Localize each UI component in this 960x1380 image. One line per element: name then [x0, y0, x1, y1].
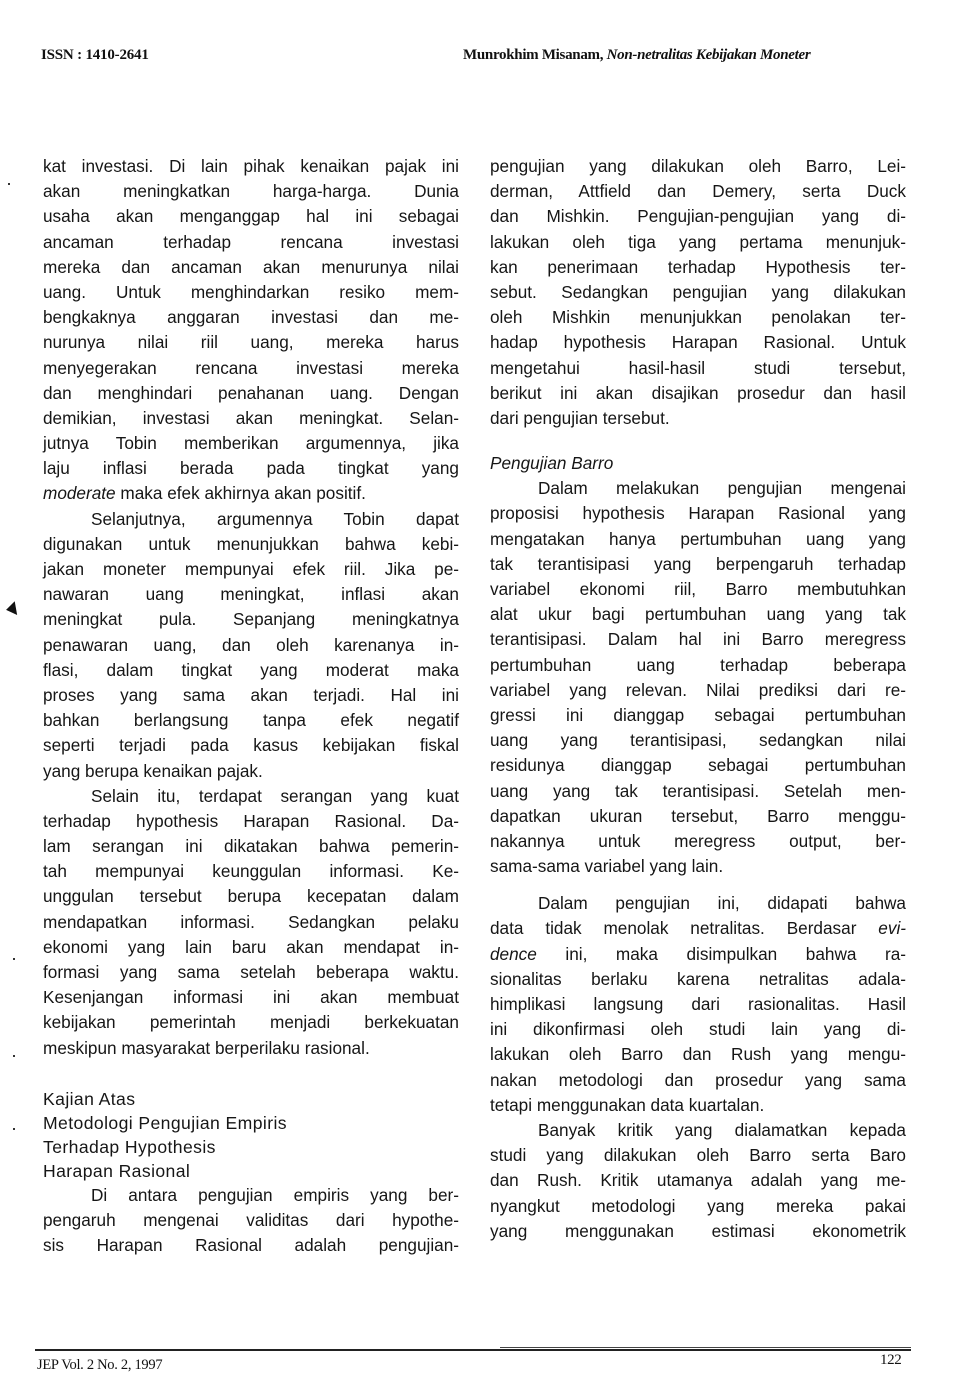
text-line: pengujian yang dilakukan oleh Barro, Lei…: [490, 154, 906, 179]
text-line: tetapi menggunakan data kuartalan.: [490, 1093, 906, 1118]
text-line: demikian, investasi akan meningkat. Sela…: [43, 406, 459, 431]
text-line: uang yang tak terantisipasi. Setelah men…: [490, 779, 906, 804]
paragraph-4: Banyak kritik yang dialamatkan kepada st…: [490, 1118, 906, 1244]
text-line: nakan metodologi dan prosedur yang sama: [490, 1068, 906, 1093]
text-line: formasi yang sama setelah beberapa waktu…: [43, 960, 459, 985]
text-line: terhadap hypothesis Harapan Rasional. Da…: [43, 809, 459, 834]
text-line: data tidak menolak netralitas. Berdasar …: [490, 916, 906, 941]
text-line: nurunya nilai riil uang, mereka harus: [43, 330, 459, 355]
text-line: Kesenjangan informasi ini akan membuat: [43, 985, 459, 1010]
text-line: Selain itu, terdapat serangan yang kuat: [43, 784, 459, 809]
text-line: derman, Attfield dan Demery, serta Duck: [490, 179, 906, 204]
text-line: akan meningkatkan harga-harga. Dunia: [43, 179, 459, 204]
section-title-line: Kajian Atas: [43, 1087, 459, 1111]
text-line: dence ini, maka disimpulkan bahwa ra-: [490, 942, 906, 967]
text-line: nyangkut metodologi yang mereka pakai: [490, 1194, 906, 1219]
paragraph-2: Dalam melakukan pengujian mengenai propo…: [490, 476, 906, 879]
text-line: variabel ekonomi riil, Barro membutuhkan: [490, 577, 906, 602]
text-line: pertumbuhan uang terhadap beberapa: [490, 653, 906, 678]
scan-speck: [8, 183, 10, 185]
text-line: Di antara pengujian empiris yang ber-: [43, 1183, 459, 1208]
text-line: variabel yang relevan. Nilai prediksi da…: [490, 678, 906, 703]
text-line: dan menghindari penahanan uang. Dengan: [43, 381, 459, 406]
text-line: studi yang dilakukan oleh Barro serta Ba…: [490, 1143, 906, 1168]
text-line: uang. Untuk menghindarkan resiko mem-: [43, 280, 459, 305]
text-line: oleh Mishkin menunjukkan penolakan ter-: [490, 305, 906, 330]
text-line: ancaman terhadap rencana investasi: [43, 230, 459, 255]
scan-speck: [13, 1055, 15, 1057]
text-line: lakukan oleh tiga yang pertama menunjuk-: [490, 230, 906, 255]
scan-speck: [13, 1128, 15, 1130]
text-line: nawaran uang meningkat, inflasi akan: [43, 582, 459, 607]
text-line: mendapatkan informasi. Sedangkan pelaku: [43, 910, 459, 935]
text-line: menyegerakan rencana investasi mereka: [43, 356, 459, 381]
text-line: nakannya untuk meregress output, ber-: [490, 829, 906, 854]
text-line: sebut. Sedangkan pengujian yang dilakuka…: [490, 280, 906, 305]
text-line: kat investasi. Di lain pihak kenaikan pa…: [43, 154, 459, 179]
italic-term: evi-: [878, 918, 906, 938]
text-line: usaha akan menganggap hal ini sebagai: [43, 204, 459, 229]
spacer: [490, 431, 906, 451]
section-title-line: Harapan Rasional: [43, 1159, 459, 1183]
section-heading: Kajian Atas Metodologi Pengujian Empiris…: [43, 1087, 459, 1183]
text-line: bahkan berlangsung tanpa efek negatif: [43, 708, 459, 733]
running-header: Munrokhim Misanam, Non-netralitas Kebija…: [463, 47, 810, 64]
text-line: mengatakan hanya pertumbuhan uang yang: [490, 527, 906, 552]
text-line: Banyak kritik yang dialamatkan kepada: [490, 1118, 906, 1143]
text-line: ini dikonfirmasi oleh studi lain yang di…: [490, 1017, 906, 1042]
subheading-pengujian-barro: Pengujian Barro: [490, 451, 906, 476]
text-line: sis Harapan Rasional adalah pengujian-: [43, 1233, 459, 1258]
text-line: penawaran uang, dan oleh karenanya in-: [43, 633, 459, 658]
text-line: sama-sama variabel yang lain.: [490, 854, 906, 879]
issn-header: ISSN : 1410-2641: [41, 47, 149, 64]
text-line: kebijakan pemerintah menjadi berkekuatan: [43, 1010, 459, 1035]
text-line: Selanjutnya, argumennya Tobin dapat: [43, 507, 459, 532]
paragraph-1: kat investasi. Di lain pihak kenaikan pa…: [43, 154, 459, 507]
text-line: pengaruh mengenai validitas dari hypothe…: [43, 1208, 459, 1233]
text-line: alat ukur bagi pertumbuhan uang yang tak: [490, 602, 906, 627]
text-line: laju inflasi berada pada tingkat yang: [43, 456, 459, 481]
text-line: sionalitas berlaku karena netralitas ada…: [490, 967, 906, 992]
right-column: pengujian yang dilakukan oleh Barro, Lei…: [490, 154, 906, 1244]
spacer: [43, 1061, 459, 1087]
text-line: digunakan untuk menunjukkan bahwa kebi-: [43, 532, 459, 557]
text-line: residunya dianggap sebagai pertumbuhan: [490, 753, 906, 778]
text-line: proposisi hypothesis Harapan Rasional ya…: [490, 501, 906, 526]
footer-rule: [35, 1349, 911, 1351]
scan-speck: [13, 958, 15, 960]
journal-citation: JEP Vol. 2 No. 2, 1997: [37, 1357, 162, 1374]
text-line: himplikasi langsung dari rasionalitas. H…: [490, 992, 906, 1017]
text-line: lam serangan ini dikatakan bahwa pemerin…: [43, 834, 459, 859]
text-line: gressi ini dianggap sebagai pertumbuhan: [490, 703, 906, 728]
text-line: mengetahui hasil-hasil studi tersebut,: [490, 356, 906, 381]
text-line: proses yang sama akan terjadi. Hal ini: [43, 683, 459, 708]
text-line: mereka dan ancaman akan menurunya nilai: [43, 255, 459, 280]
spacer: [490, 879, 906, 891]
text-line: Dalam pengujian ini, didapati bahwa: [490, 891, 906, 916]
text-line: dan Mishkin. Pengujian-pengujian yang di…: [490, 204, 906, 229]
text-line: yang menggunakan estimasi ekonometrik: [490, 1219, 906, 1244]
left-column: kat investasi. Di lain pihak kenaikan pa…: [43, 154, 459, 1258]
footer-rule-secondary: [500, 1347, 911, 1348]
author-name: Munrokhim Misanam,: [463, 47, 603, 63]
section-title-line: Terhadap Hypothesis: [43, 1135, 459, 1159]
paragraph-2: Selanjutnya, argumennya Tobin dapat digu…: [43, 507, 459, 784]
paragraph-4: Di antara pengujian empiris yang ber- pe…: [43, 1183, 459, 1259]
paragraph-3: Selain itu, terdapat serangan yang kuat …: [43, 784, 459, 1061]
section-title-line: Metodologi Pengujian Empiris: [43, 1111, 459, 1135]
text-line: ekonomi yang lain baru akan mendapat in-: [43, 935, 459, 960]
text-line: bengkaknya anggaran investasi dan me-: [43, 305, 459, 330]
text-line: unggulan tersebut berupa kecepatan dalam: [43, 884, 459, 909]
text-line: meningkat pula. Sepanjang meningkatnya: [43, 607, 459, 632]
text-line: hadap hypothesis Harapan Rasional. Untuk: [490, 330, 906, 355]
text-line: Dalam melakukan pengujian mengenai: [490, 476, 906, 501]
page-number: 122: [880, 1352, 901, 1369]
text-line: tak terantisipasi yang berpengaruh terha…: [490, 552, 906, 577]
text-line: kan penerimaan terhadap Hypothesis ter-: [490, 255, 906, 280]
margin-arrow-mark-icon: [5, 601, 17, 617]
text-line: meskipun masyarakat berperilaku rasional…: [43, 1036, 459, 1061]
paragraph-3: Dalam pengujian ini, didapati bahwa data…: [490, 891, 906, 1118]
text-line: berikut ini akan disajikan prosedur dan …: [490, 381, 906, 406]
running-title: Non-netralitas Kebijakan Moneter: [607, 47, 811, 63]
text-line: terantisipasi. Dalam hal ini Barro mereg…: [490, 627, 906, 652]
text-line: seperti terjadi pada kasus kebijakan fis…: [43, 733, 459, 758]
text-line: dan Rush. Kritik utamanya adalah yang me…: [490, 1168, 906, 1193]
text-line: lakukan oleh Barro dan Rush yang mengu-: [490, 1042, 906, 1067]
text-line: jutnya Tobin memberikan argumennya, jika: [43, 431, 459, 456]
text-line: jakan moneter mempunyai efek riil. Jika …: [43, 557, 459, 582]
italic-term: dence: [490, 944, 537, 964]
text-line: flasi, dalam tingkat yang moderat maka: [43, 658, 459, 683]
text-line: dari pengujian tersebut.: [490, 406, 906, 431]
paragraph-1: pengujian yang dilakukan oleh Barro, Lei…: [490, 154, 906, 431]
text-line: tah mempunyai keunggulan informasi. Ke-: [43, 859, 459, 884]
text-line: yang berupa kenaikan pajak.: [43, 759, 459, 784]
text-line: dapatkan ukuran tersebut, Barro menggu-: [490, 804, 906, 829]
italic-term: moderate: [43, 483, 116, 503]
text-line: moderate maka efek akhirnya akan positif…: [43, 481, 459, 506]
text-line: uang yang terantisipasi, sedangkan nilai: [490, 728, 906, 753]
